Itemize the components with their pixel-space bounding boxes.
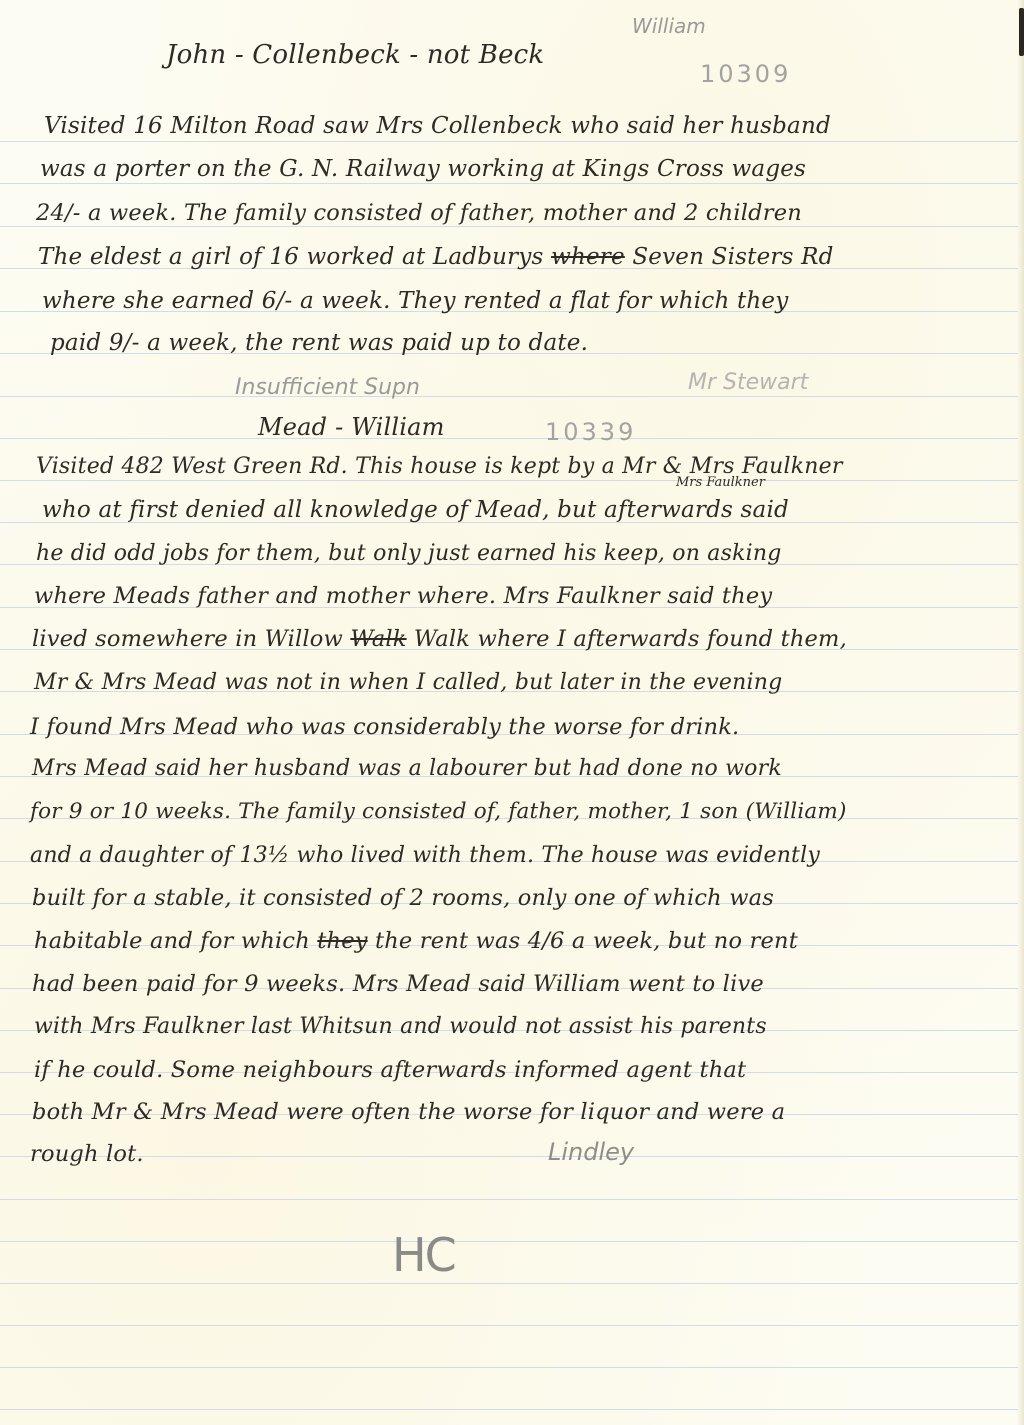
entry1-struck-word: where (551, 244, 625, 270)
entry2-line-12-cont: the rent was 4/6 a week, but no rent (375, 928, 798, 954)
page-edge-shadow (1017, 0, 1024, 1425)
entry2-line-5-cont: Walk where I afterwards found them, (414, 626, 847, 652)
rule-line (0, 1367, 1018, 1368)
entry2-line-5-text: lived somewhere in Willow (32, 626, 343, 652)
entry2-pencil-number: 10339 (545, 420, 636, 444)
entry1-line-2: was a porter on the G. N. Railway workin… (40, 158, 806, 181)
entry2-line-5: lived somewhere in Willow Walk Walk wher… (32, 628, 847, 651)
entry1-line-5: where she earned 6/- a week. They rented… (42, 290, 788, 313)
entry1-pencil-number: 10309 (700, 62, 791, 86)
page-edge-mark (1019, 8, 1024, 56)
rule-line (0, 141, 1018, 142)
entry1-line-6: paid 9/- a week, the rent was paid up to… (50, 332, 588, 355)
entry2-line-15: if he could. Some neighbours afterwards … (34, 1059, 746, 1082)
entry2-line-3: he did odd jobs for them, but only just … (36, 543, 782, 565)
entry2-line-16: both Mr & Mrs Mead were often the worse … (32, 1101, 785, 1124)
rule-line (0, 183, 1018, 184)
rule-line (0, 226, 1018, 227)
entry2-line-6: Mr & Mrs Mead was not in when I called, … (34, 672, 782, 694)
entry2-line-8: Mrs Mead said her husband was a labourer… (32, 758, 782, 780)
entry2-line-2: who at first denied all knowledge of Mea… (42, 499, 789, 522)
entry1-heading: John - Collenbeck - not Beck (166, 42, 544, 68)
entry2-line-7: I found Mrs Mead who was considerably th… (30, 716, 739, 739)
entry2-line-17: rough lot. (30, 1143, 144, 1166)
rule-line (0, 1156, 1018, 1157)
entry1-pencil-name: William (632, 16, 706, 36)
entry2-line-12-text: habitable and for which (34, 928, 310, 954)
rule-line (0, 1409, 1018, 1410)
entry2-struck-word-they: they (317, 928, 367, 954)
entry2-line-10: and a daughter of 13½ who lived with the… (30, 845, 820, 867)
entry1-line-4-text: The eldest a girl of 16 worked at Ladbur… (38, 244, 544, 270)
entry2-pencil-note-left: Insufficient Supn (235, 377, 420, 399)
rule-line (0, 1325, 1018, 1326)
entry2-pencil-initials: HC (392, 1232, 455, 1278)
entry1-line-3: 24/- a week. The family consisted of fat… (36, 202, 802, 225)
rule-line (0, 438, 1018, 439)
rule-line (0, 1283, 1018, 1284)
entry1-line-4: The eldest a girl of 16 worked at Ladbur… (38, 246, 834, 269)
entry2-struck-word-walk: Walk (350, 626, 406, 652)
rule-line (0, 396, 1018, 397)
entry2-line-14: with Mrs Faulkner last Whitsun and would… (34, 1016, 767, 1038)
entry2-line-4: where Meads father and mother where. Mrs… (34, 585, 772, 608)
entry2-line-12: habitable and for which they the rent wa… (34, 930, 798, 953)
entry2-insert-above: Mrs Faulkner (676, 475, 765, 490)
rule-line (0, 1199, 1018, 1200)
entry2-pencil-scribble: Lindley (548, 1140, 634, 1164)
rule-line (0, 1241, 1018, 1242)
entry1-line-1: Visited 16 Milton Road saw Mrs Collenbec… (44, 115, 831, 138)
entry2-line-11: built for a stable, it consisted of 2 ro… (32, 887, 774, 910)
entry2-line-9: for 9 or 10 weeks. The family consisted … (30, 801, 847, 823)
entry1-line-4-cont: Seven Sisters Rd (632, 244, 833, 270)
entry2-line-13: had been paid for 9 weeks. Mrs Mead said… (32, 973, 764, 996)
entry2-heading: Mead - William (258, 415, 445, 439)
rule-line (0, 480, 1018, 481)
entry2-pencil-note-right: Mr Stewart (688, 372, 808, 394)
